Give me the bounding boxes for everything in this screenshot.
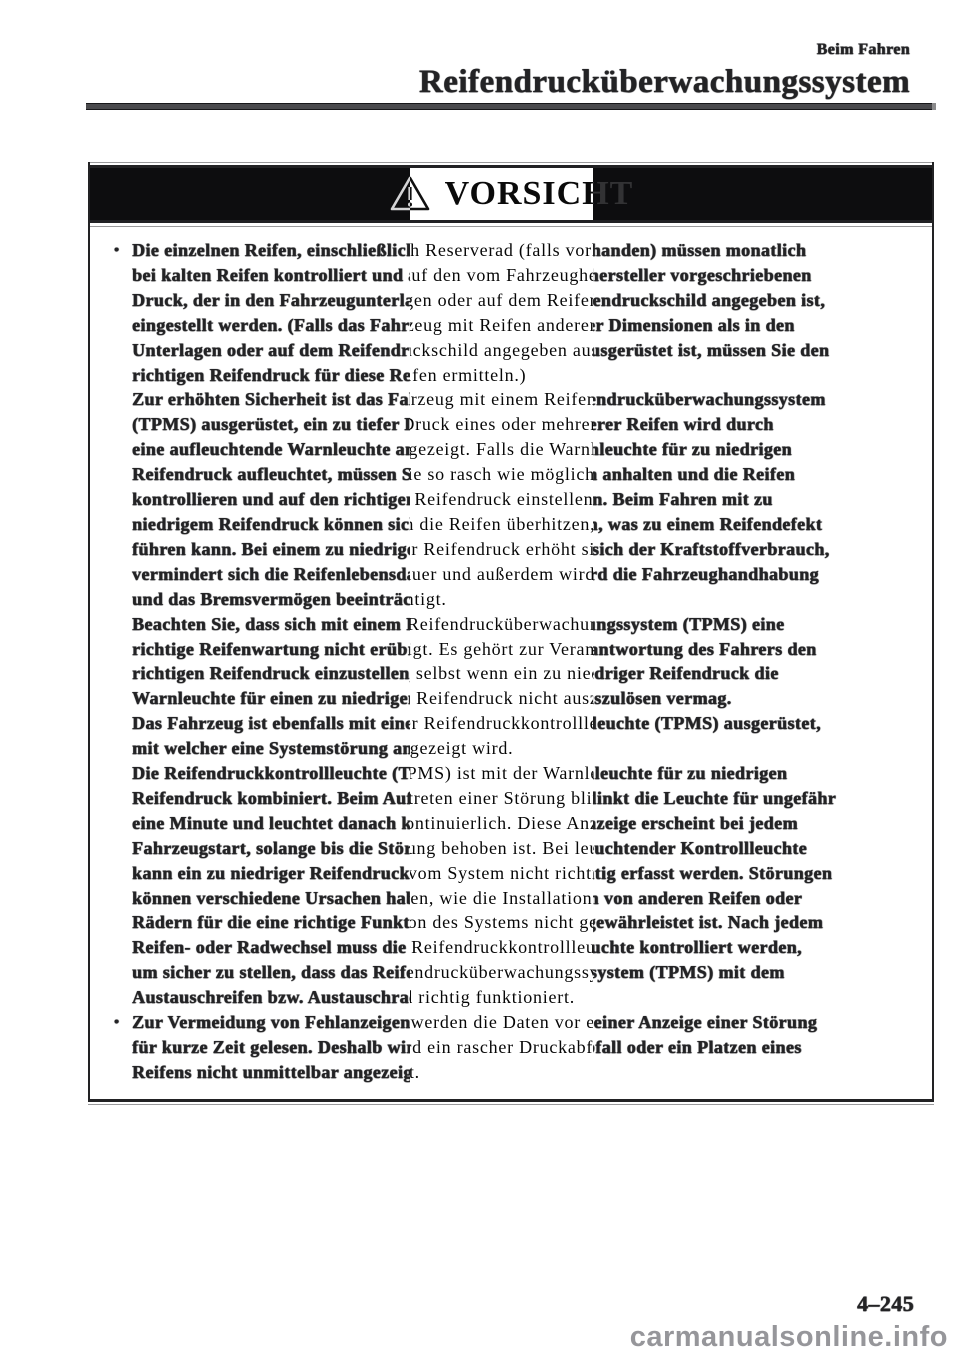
bullet-icon: • [114, 238, 132, 264]
page-title: Reifendrucküberwachungssystem [419, 63, 910, 101]
page-number: 4–245 [857, 1292, 914, 1316]
header-rule-cap [932, 103, 936, 110]
warning-item: • Zur Vermeidung von Fehlanzeigen werden… [410, 1010, 593, 1085]
scan-overlay-strip: Beim Fahren Reifendrucküberwachungssyste… [410, 146, 593, 1293]
warning-body: • Die einzelnen Reifen, einschließlich R… [410, 227, 593, 1099]
bullet-icon: • [114, 1010, 132, 1036]
warning-item: • Die einzelnen Reifen, einschließlich R… [410, 238, 593, 1010]
warning-item-text: Die einzelnen Reifen, einschließlich Res… [410, 238, 593, 1010]
watermark: carmanualsonline.info [630, 1321, 948, 1354]
clean-text-layer: Beim Fahren Reifendrucküberwachungssyste… [410, 146, 593, 1293]
page-header: Beim Fahren Reifendrucküberwachungssyste… [419, 40, 910, 101]
warning-item-text: Zur Vermeidung von Fehlanzeigen werden d… [410, 1010, 593, 1085]
manual-page: Beim Fahren Reifendrucküberwachungssyste… [0, 0, 960, 1357]
section-label: Beim Fahren [419, 40, 910, 60]
header-rule [86, 103, 936, 110]
warning-box: VORSICHT • Die einzelnen Reifen, einschl… [410, 162, 593, 1102]
warning-triangle-icon [410, 175, 431, 213]
warning-heading: VORSICHT [445, 175, 593, 213]
warning-header-band: VORSICHT [410, 168, 593, 220]
